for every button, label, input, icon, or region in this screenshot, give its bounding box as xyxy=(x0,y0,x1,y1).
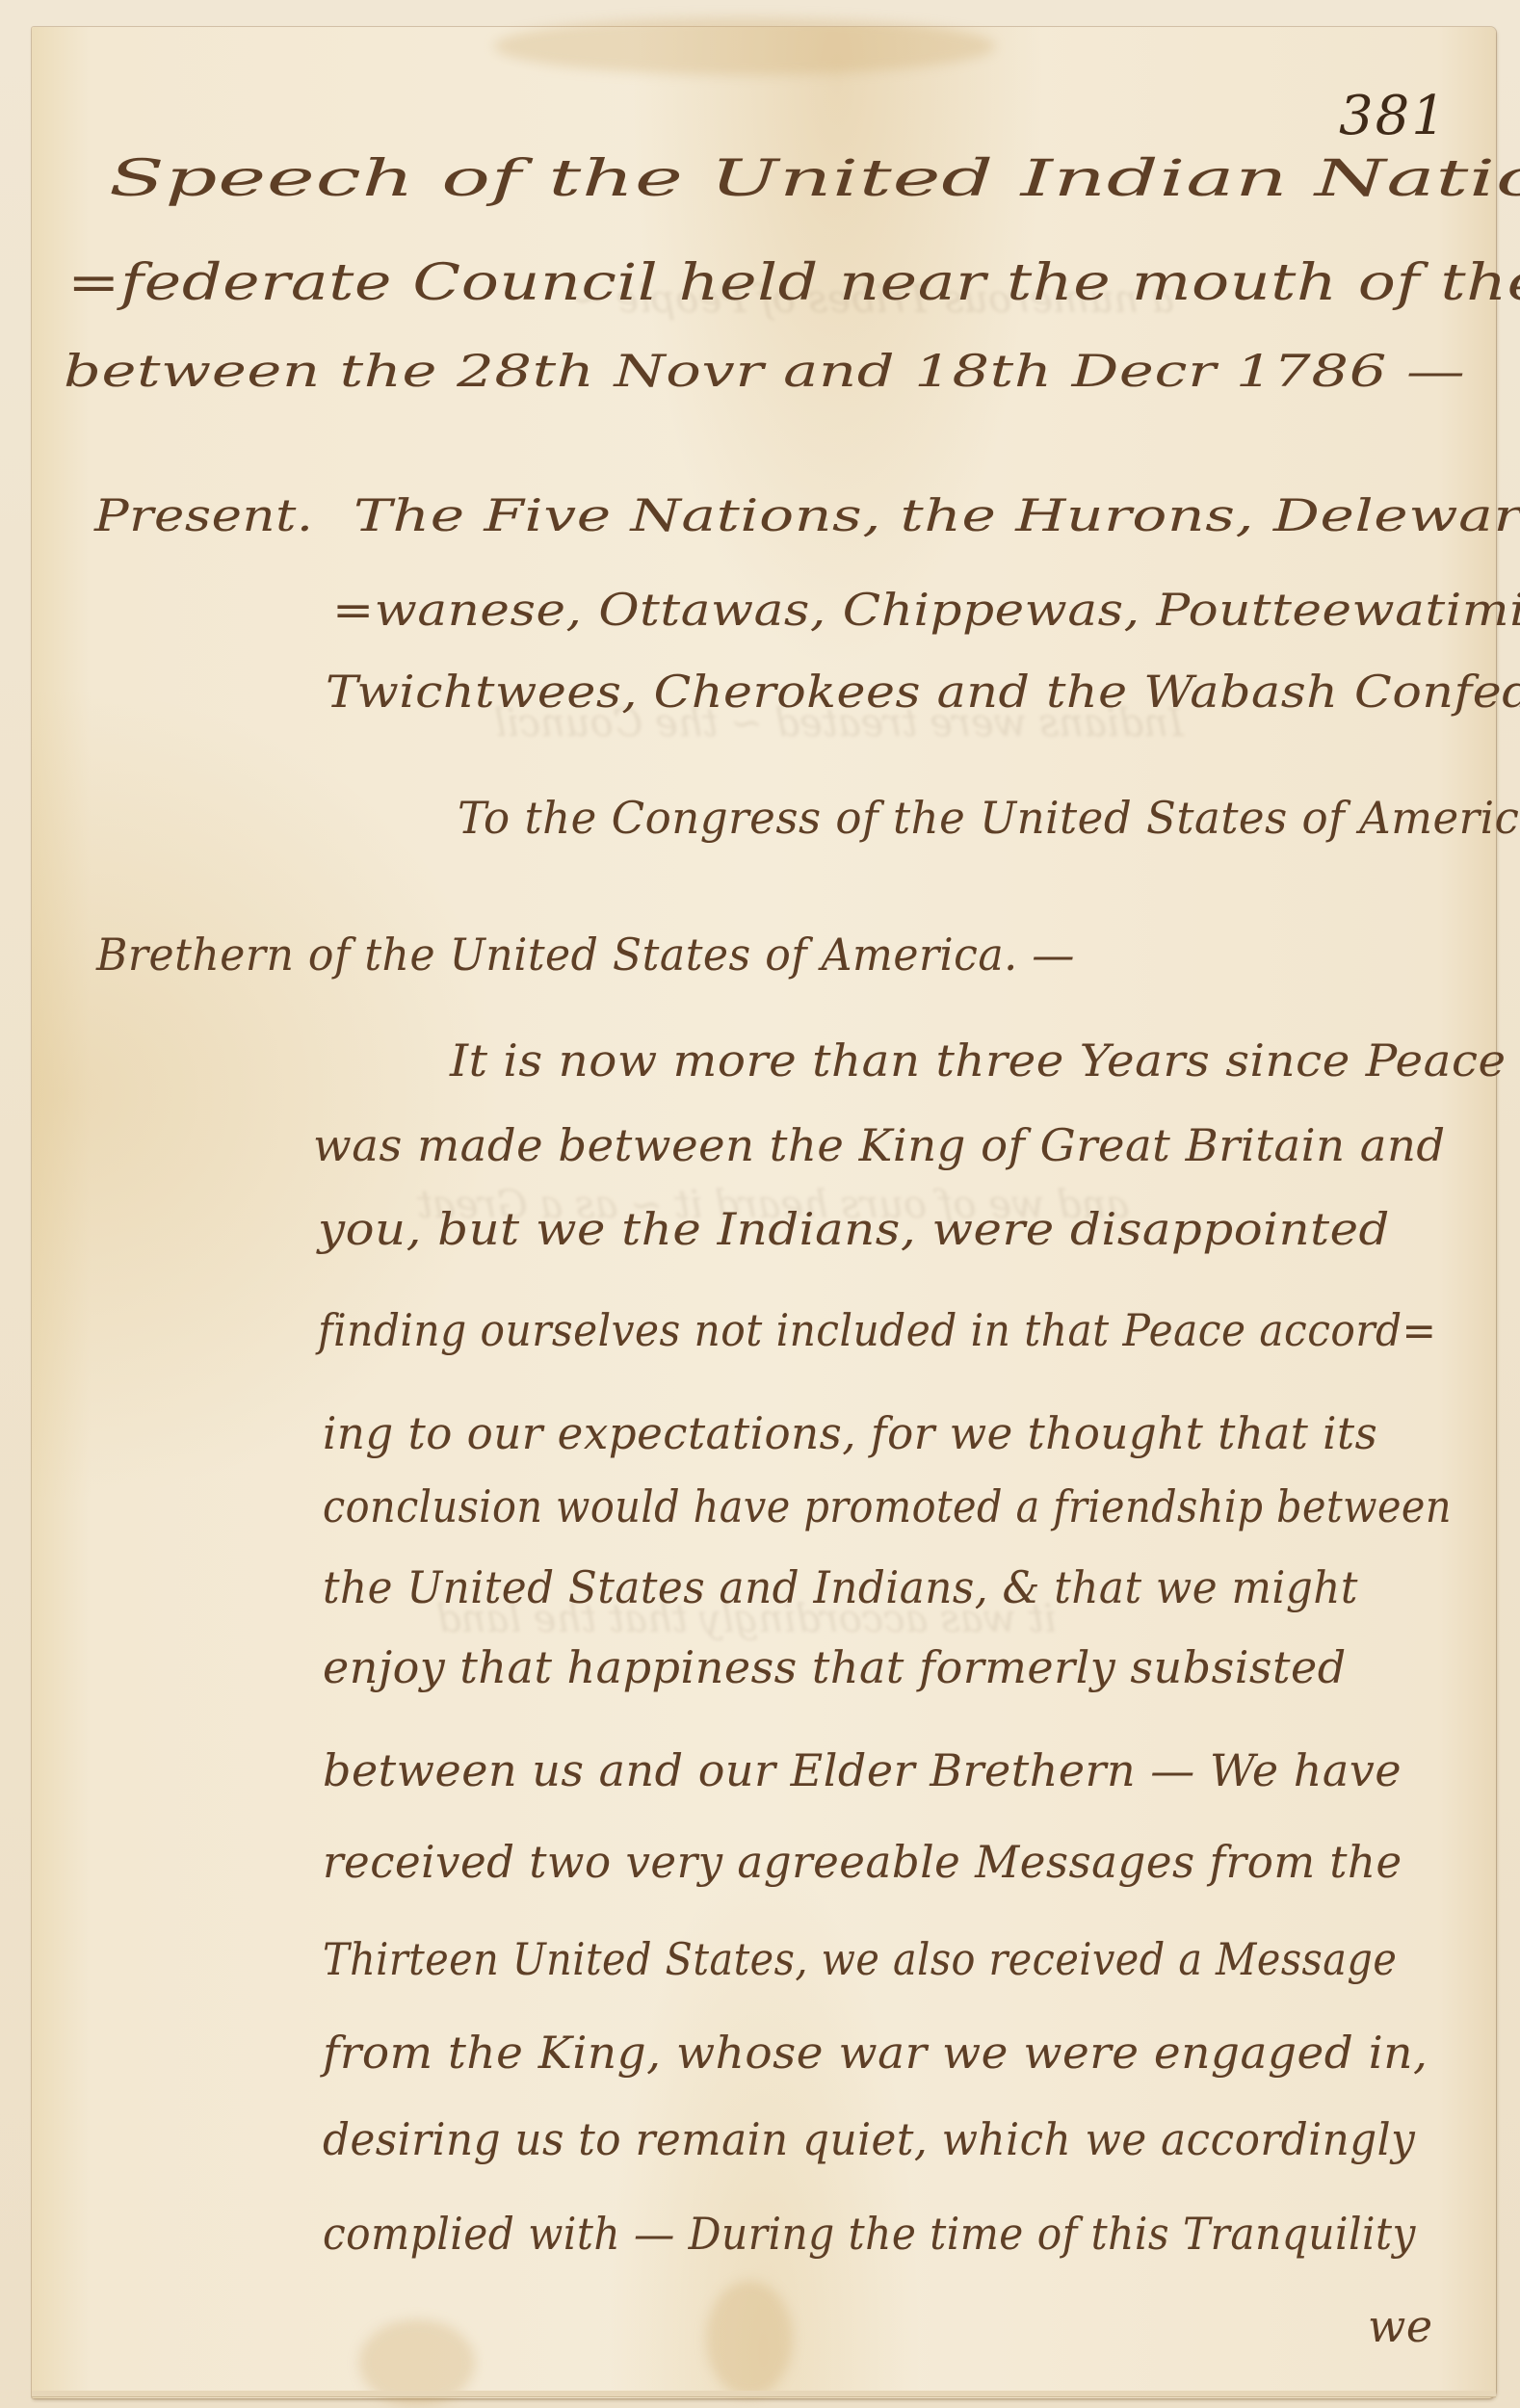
salutation: Brethern of the United States of America… xyxy=(96,932,1075,977)
page-bottom-edge xyxy=(32,2391,1496,2397)
title-line-2: =federate Council held near the mouth of… xyxy=(67,258,1520,308)
title-line-3-text: between the 28th Novr and 18th Decr 1786… xyxy=(64,345,1465,397)
present-nations-line-1: The Five Nations, the Hurons, Delewares,… xyxy=(354,493,1520,537)
catchword: we xyxy=(1368,2304,1433,2348)
body-line-7: the United States and Indians, & that we… xyxy=(323,1565,1358,1610)
present-nations-line-2: =wanese, Ottawas, Chippewas, Poutteewati… xyxy=(332,588,1520,632)
present-label: Present. xyxy=(94,493,313,537)
body-line-2: was made between the King of Great Brita… xyxy=(313,1123,1446,1167)
body-line-4: finding ourselves not included in that P… xyxy=(318,1308,1436,1352)
title-line-3: between the 28th Novr and 18th Decr 1786… xyxy=(64,349,1465,393)
body-line-12: from the King, whose war we were engaged… xyxy=(323,2030,1428,2075)
body-line-1: It is now more than three Years since Pe… xyxy=(450,1038,1507,1083)
title-line-1: Speech of the United Indian Nations, at … xyxy=(109,154,1520,204)
body-line-8: enjoy that happiness that formerly subsi… xyxy=(323,1645,1347,1689)
body-line-11: Thirteen United States, we also received… xyxy=(323,1937,1397,1981)
body-line-9: between us and our Elder Brethern — We h… xyxy=(323,1748,1402,1793)
page-number: 381 xyxy=(1339,85,1448,147)
body-line-14: complied with — During the time of this … xyxy=(323,2212,1416,2256)
body-line-6: conclusion would have promoted a friends… xyxy=(323,1484,1452,1529)
water-stain xyxy=(494,17,995,75)
body-line-3: you, but we the Indians, were disappoint… xyxy=(318,1207,1390,1251)
present-nations-line-3: Twichtwees, Cherokees and the Wabash Con… xyxy=(326,669,1520,714)
water-stain xyxy=(706,2281,793,2396)
address-to-congress: To the Congress of the United States of … xyxy=(458,796,1520,840)
body-line-10: received two very agreeable Messages fro… xyxy=(323,1840,1402,1884)
body-line-5: ing to our expectations, for we thought … xyxy=(323,1411,1377,1455)
body-line-13: desiring us to remain quiet, which we ac… xyxy=(323,2117,1415,2161)
